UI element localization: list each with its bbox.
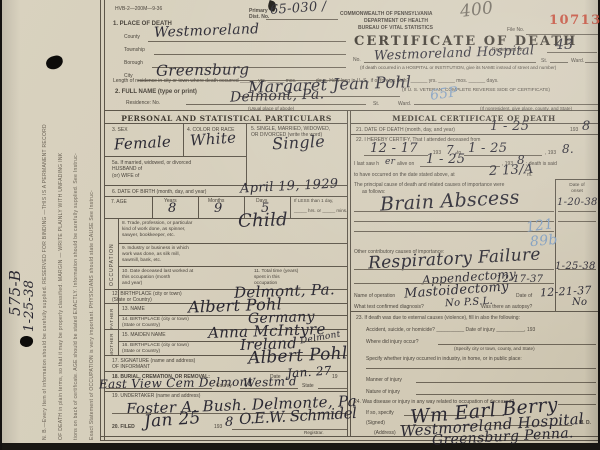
registered-value: 43 bbox=[555, 37, 573, 53]
married-note: 5a. If married, widowed, or divorced HUS… bbox=[112, 160, 191, 179]
registered-line bbox=[547, 52, 597, 53]
age-col-2 bbox=[198, 196, 199, 218]
cause-onset-line-2 bbox=[558, 221, 596, 222]
attended-from-value: 12 - 17 bbox=[370, 141, 418, 156]
residence-value: Delmont, Pa. bbox=[230, 86, 325, 105]
st-label: St. bbox=[541, 58, 547, 64]
contrib-line-1 bbox=[354, 269, 554, 270]
cause-onset-value: 1-20-38 bbox=[557, 197, 598, 208]
border-left-inner bbox=[104, 0, 105, 441]
county-line bbox=[148, 41, 346, 42]
burial-state-line bbox=[318, 388, 347, 389]
burial-state-label: State bbox=[302, 383, 314, 389]
burial-place-line bbox=[106, 388, 212, 389]
father-side-label: FATHER bbox=[109, 308, 115, 329]
certificate-paper: 575-B 1-25-38 N. B.—Every Item of inform… bbox=[2, 0, 598, 443]
birthplace-label: 12. BIRTHPLACE (city or town) (State or … bbox=[112, 291, 182, 304]
divider-center-1 bbox=[347, 110, 348, 437]
res-st-label: St. bbox=[373, 101, 379, 107]
line-under-dod bbox=[350, 134, 598, 135]
race-marital-divider bbox=[246, 123, 247, 186]
county-value: Westmoreland bbox=[154, 21, 260, 41]
line-under-age bbox=[104, 218, 347, 219]
line-under-burial bbox=[104, 391, 347, 392]
year2-hw: 8. bbox=[562, 142, 574, 156]
veteran-note: (If U. S. VETERAN, COMPLETE REVERSE SIDE… bbox=[402, 88, 550, 94]
punch-hole-bottom bbox=[19, 335, 33, 348]
file-no-label: File No. bbox=[507, 27, 524, 33]
filed-date-value: Jan 25 bbox=[143, 408, 201, 432]
occupation-side-divider bbox=[118, 218, 119, 356]
sex-race-divider bbox=[183, 123, 184, 157]
pencil-400: 400 bbox=[459, 0, 495, 22]
res-ward-label: Ward. bbox=[398, 101, 411, 107]
where-label: Where did injury occur? bbox=[366, 339, 419, 345]
sex-label: 3. SEX bbox=[112, 127, 128, 133]
informant-label: 17. SIGNATURE (name and address) OF INFO… bbox=[112, 358, 195, 371]
filed-label: 20. FILED bbox=[112, 424, 135, 430]
mother-name-label: 15. MAIDEN NAME bbox=[122, 332, 166, 338]
department-line: DEPARTMENT OF HEALTH bbox=[364, 18, 428, 24]
punch-hole-top bbox=[45, 54, 65, 71]
ward-line bbox=[585, 62, 598, 63]
occupation-q-line bbox=[558, 404, 596, 405]
last-saw-fill: er bbox=[385, 157, 395, 167]
form-code: HVB-2—200M—9-36 bbox=[115, 6, 162, 12]
age-col-1 bbox=[152, 196, 153, 218]
trade-label: 8. Trade, profession, or particular kind… bbox=[122, 221, 192, 239]
onset-label: Date of onset bbox=[560, 183, 594, 195]
last-saw-date: 1 - 25 bbox=[426, 152, 465, 167]
dob-value: April 19, 1929 bbox=[240, 176, 339, 196]
death-certificate-scan: 575-B 1-25-38 N. B.—Every Item of inform… bbox=[0, 0, 600, 450]
dod-value: 1 - 25 bbox=[490, 119, 529, 134]
dist-no-line bbox=[266, 19, 338, 20]
line-under-dob bbox=[104, 196, 347, 197]
last-saw-post: alive on bbox=[397, 161, 414, 167]
hospital-no-label: No. bbox=[353, 57, 361, 63]
line-under-autopsy bbox=[350, 311, 598, 312]
last-worked-label: 10. Date deceased last worked at this oc… bbox=[122, 269, 193, 287]
margin-note-4: Exact Statement of OCCUPATION is very im… bbox=[89, 190, 95, 440]
test-label: What test confirmed diagnosis? bbox=[354, 304, 424, 310]
township-line bbox=[154, 54, 346, 55]
nature-label: Nature of injury bbox=[366, 389, 400, 395]
industry-label: 9. Industry or business in which work wa… bbox=[122, 246, 189, 264]
line-under-industry bbox=[118, 266, 347, 267]
burial-year-label: 19 bbox=[332, 374, 338, 380]
trade-value: Child bbox=[238, 209, 289, 232]
autopsy-value: No bbox=[572, 297, 587, 308]
registrar-label: Registrar. bbox=[304, 430, 324, 436]
manner-line bbox=[416, 382, 596, 383]
contrib-onset-line bbox=[558, 269, 596, 270]
age-col-4 bbox=[290, 196, 291, 218]
dist-no-value: 65-030 / bbox=[270, 0, 328, 18]
residence-label: Residence: No. bbox=[126, 100, 160, 106]
attended-from-line bbox=[364, 155, 428, 156]
attended-to-line bbox=[464, 155, 542, 156]
filed-year-label: 193 bbox=[214, 424, 222, 430]
residence-line bbox=[186, 104, 366, 105]
divider-center-2 bbox=[350, 110, 351, 437]
signed-label: (Signed) bbox=[366, 420, 385, 426]
sex-race-bottom-line bbox=[104, 156, 246, 157]
external-label: 23. If death was due to external causes … bbox=[356, 315, 520, 321]
cause-line-3 bbox=[354, 231, 554, 232]
personal-section-header: PERSONAL AND STATISTICAL PARTICULARS bbox=[106, 114, 347, 123]
marital-value: Single bbox=[272, 132, 326, 154]
onset-box-top bbox=[555, 179, 598, 180]
age-label: 7. AGE bbox=[111, 199, 127, 205]
specify-label: Specify whether injury occurred in indus… bbox=[366, 356, 522, 362]
age-years-value: 8 bbox=[168, 201, 177, 216]
last-saw-pre: I last saw h bbox=[354, 161, 379, 167]
if-so-label: If so, specify bbox=[366, 410, 394, 416]
line-under-trade bbox=[118, 243, 347, 244]
where-note: (Specify city or town, county, and State… bbox=[454, 346, 535, 352]
dod-label: 21. DATE OF DEATH (month, day, and year) bbox=[356, 127, 455, 133]
sex-value: Female bbox=[114, 133, 172, 154]
file-no-stamp: 10713 bbox=[549, 13, 600, 28]
where-line bbox=[438, 344, 596, 345]
nonresident-line bbox=[414, 104, 598, 105]
mother-bp-label: 16. BIRTHPLACE (city or town) (State or … bbox=[122, 343, 189, 355]
father-name-label: 13. NAME bbox=[122, 306, 145, 312]
border-left-outer bbox=[100, 0, 101, 441]
year2-label: , 193 bbox=[545, 150, 556, 156]
borough-label: Borough bbox=[124, 60, 143, 66]
cause-onset-line-1 bbox=[558, 211, 596, 212]
margin-handwritten-date: 1-25-38 bbox=[22, 280, 37, 332]
abode-note: (Usual place of abode) bbox=[248, 106, 294, 112]
manner-label: Manner of injury bbox=[366, 377, 402, 383]
township-label: Township bbox=[124, 47, 145, 53]
bureau-line: BUREAU OF VITAL STATISTICS bbox=[358, 25, 433, 31]
medical-section-header: MEDICAL CERTIFICATE OF DEATH bbox=[350, 114, 598, 123]
occupation-side-label: OCCUPATION bbox=[109, 243, 115, 286]
burial-county-label: County bbox=[216, 383, 232, 389]
operation-label: Name of operation bbox=[354, 293, 395, 299]
fullname-label: 2. FULL NAME (type or print) bbox=[115, 89, 197, 97]
right-line-under-header bbox=[350, 123, 598, 124]
m-label: m. bbox=[527, 172, 533, 178]
hospital-note: (If death occurred in a HOSPITAL or INST… bbox=[360, 65, 556, 71]
cause-line-1 bbox=[354, 211, 554, 212]
attended-to-value: 1 - 25 bbox=[468, 141, 507, 156]
mother-side-label: MOTHER bbox=[109, 333, 115, 356]
age-months-value: 9 bbox=[214, 201, 223, 216]
margin-note-1: N. B.—Every Item of information should b… bbox=[42, 124, 48, 440]
commonwealth-line: COMMONWEALTH OF PENNSYLVANIA bbox=[340, 11, 433, 17]
race-value: White bbox=[189, 128, 236, 149]
cause-line-2 bbox=[354, 221, 554, 222]
accident-label: Accident, suicide, or homicide? ________… bbox=[366, 327, 535, 333]
nature-line bbox=[416, 394, 596, 395]
registrar-line bbox=[232, 429, 347, 430]
pencil-65: 65P bbox=[429, 84, 459, 104]
occurred-label: to have occurred on the date stated abov… bbox=[354, 172, 455, 178]
dob-label: 6. DATE OF BIRTH (month, day, and year) bbox=[112, 189, 206, 195]
father-bp-label: 14. BIRTHPLACE (city or town) (State or … bbox=[122, 317, 189, 329]
hospital-line bbox=[364, 62, 536, 63]
margin-note-2: OF DEATH in plain terms, so that it may … bbox=[58, 153, 64, 440]
ward-label: Ward. bbox=[571, 58, 584, 64]
specify-line bbox=[366, 368, 596, 369]
address-label: (Address) bbox=[374, 430, 396, 436]
filed-year-hw: 8 bbox=[225, 415, 234, 430]
burial-county-line bbox=[240, 388, 298, 389]
dod-year-label: 193 bbox=[570, 127, 578, 133]
left-line-under-header bbox=[104, 123, 347, 124]
autopsy-label: Was there an autopsy? bbox=[481, 304, 532, 310]
dod-year-hw: 8 bbox=[582, 119, 591, 134]
operation-date-label: Date of bbox=[516, 293, 532, 299]
margin-note-3: tions on back of certificate. AGE should… bbox=[73, 153, 79, 440]
st-line bbox=[550, 62, 568, 63]
nonresident-note: (If nonresident, give place, county, and… bbox=[480, 106, 572, 112]
city-value: Greensburg bbox=[156, 60, 250, 80]
age-hrs-note: _____ hrs. or _____ mins. bbox=[294, 208, 347, 214]
age-less-note: If LESS than 1 day, bbox=[294, 198, 333, 204]
county-label: County bbox=[124, 34, 140, 40]
contrib-onset-value: 1-25-38 bbox=[555, 261, 596, 272]
